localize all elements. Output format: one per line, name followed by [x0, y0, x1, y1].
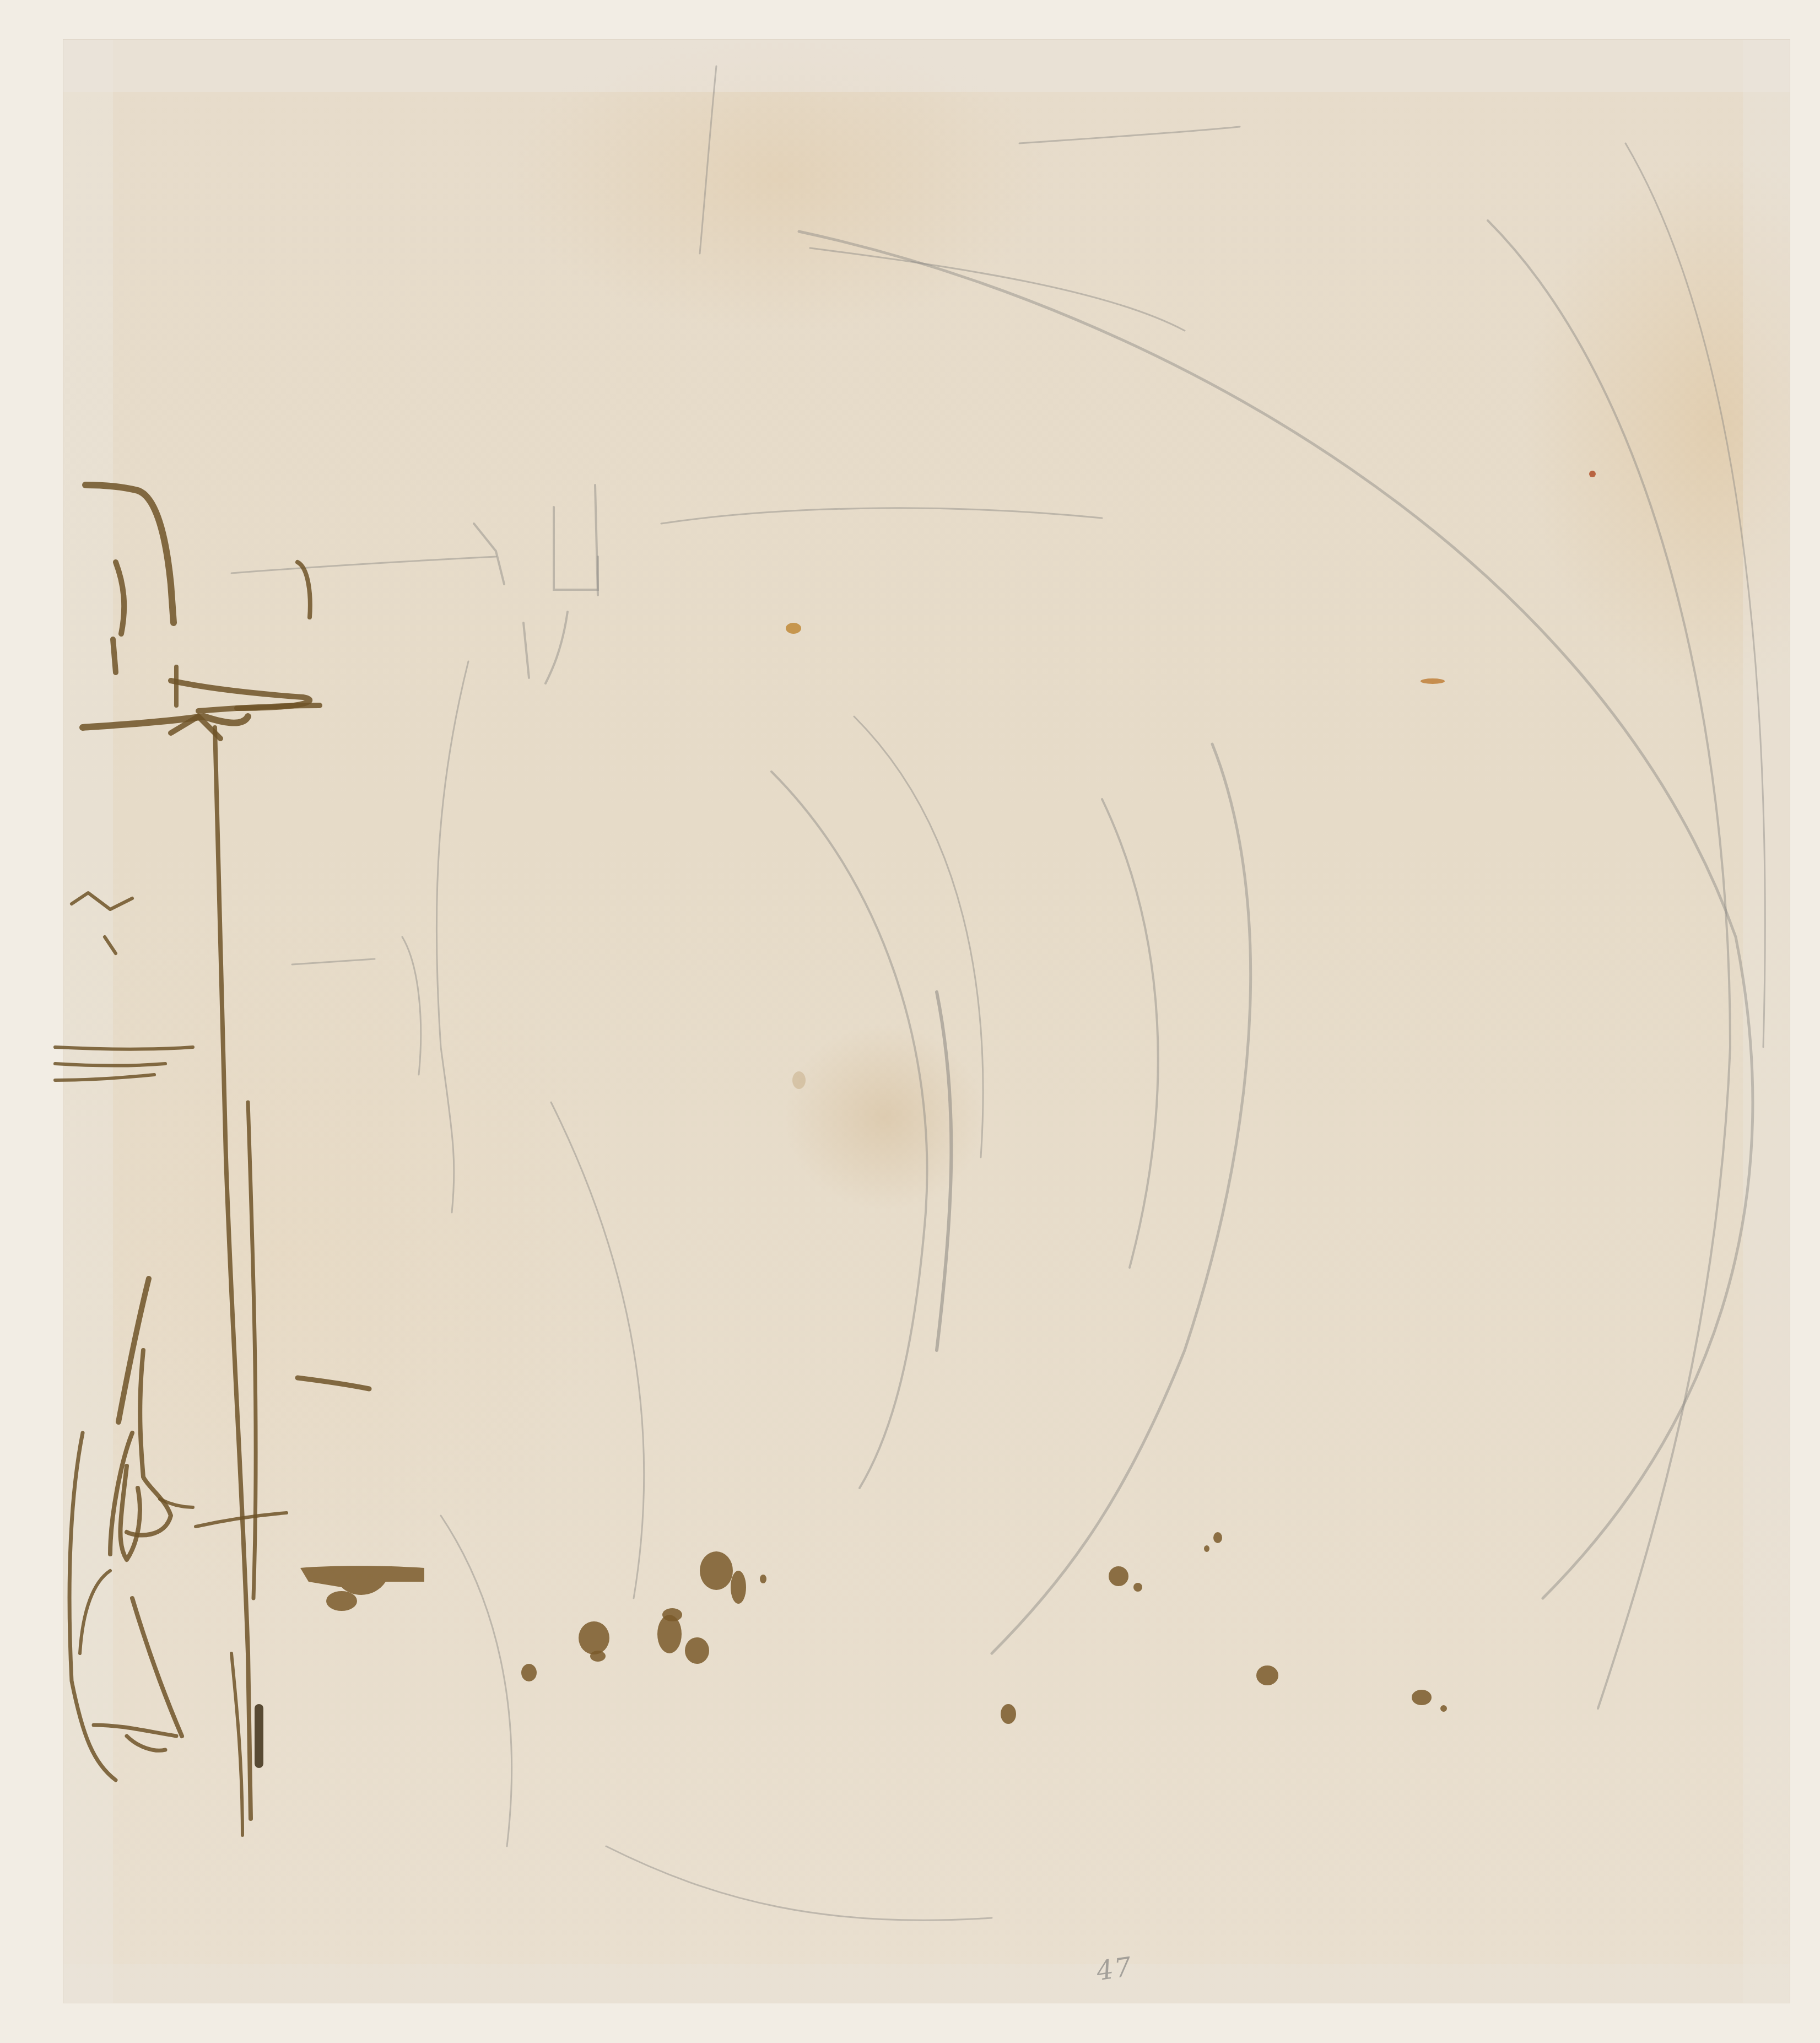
graphite-sketch [231, 66, 1765, 1920]
ink-blots [300, 471, 1596, 1724]
catalog-number-inscription: 47 [1094, 1952, 1134, 1987]
sketch-layer [0, 0, 1820, 2043]
ink-sketch [55, 485, 369, 1835]
